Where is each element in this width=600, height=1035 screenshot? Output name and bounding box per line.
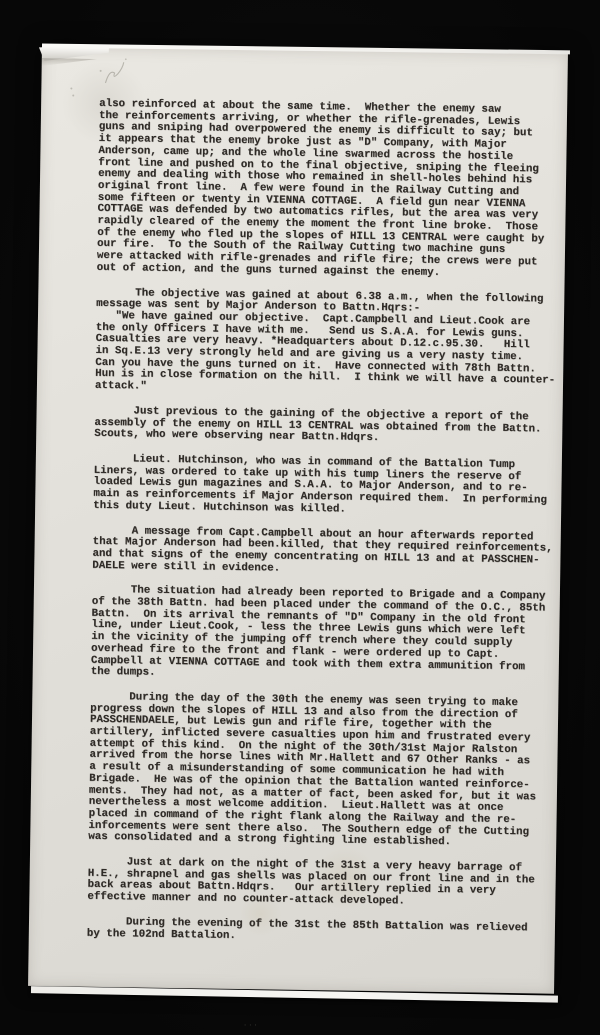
dust-specks: ··· [243,1022,257,1030]
document-page: also reinforced at about the same time. … [28,46,568,994]
typed-paragraph: Just at dark on the night of the 31st a … [87,857,542,911]
photo-background: also reinforced at about the same time. … [0,0,600,1035]
document-text: also reinforced at about the same time. … [29,46,568,960]
typed-paragraph: Just previous to the gaining of the obje… [94,406,548,448]
typed-paragraph: also reinforced at about the same time. … [97,99,554,281]
typed-paragraph: Lieut. Hutchinson, who was in command of… [93,454,548,519]
typed-paragraph: The objective was gained at about 6.38 a… [95,287,551,399]
typed-paragraph: During the day of the 30th the enemy was… [88,692,544,851]
typed-paragraph: A message from Capt.Campbell about an ho… [92,525,547,579]
typed-paragraph: The situation had already been reported … [91,585,546,685]
typed-paragraph: During the evening of the 31st the 85th … [87,917,541,947]
